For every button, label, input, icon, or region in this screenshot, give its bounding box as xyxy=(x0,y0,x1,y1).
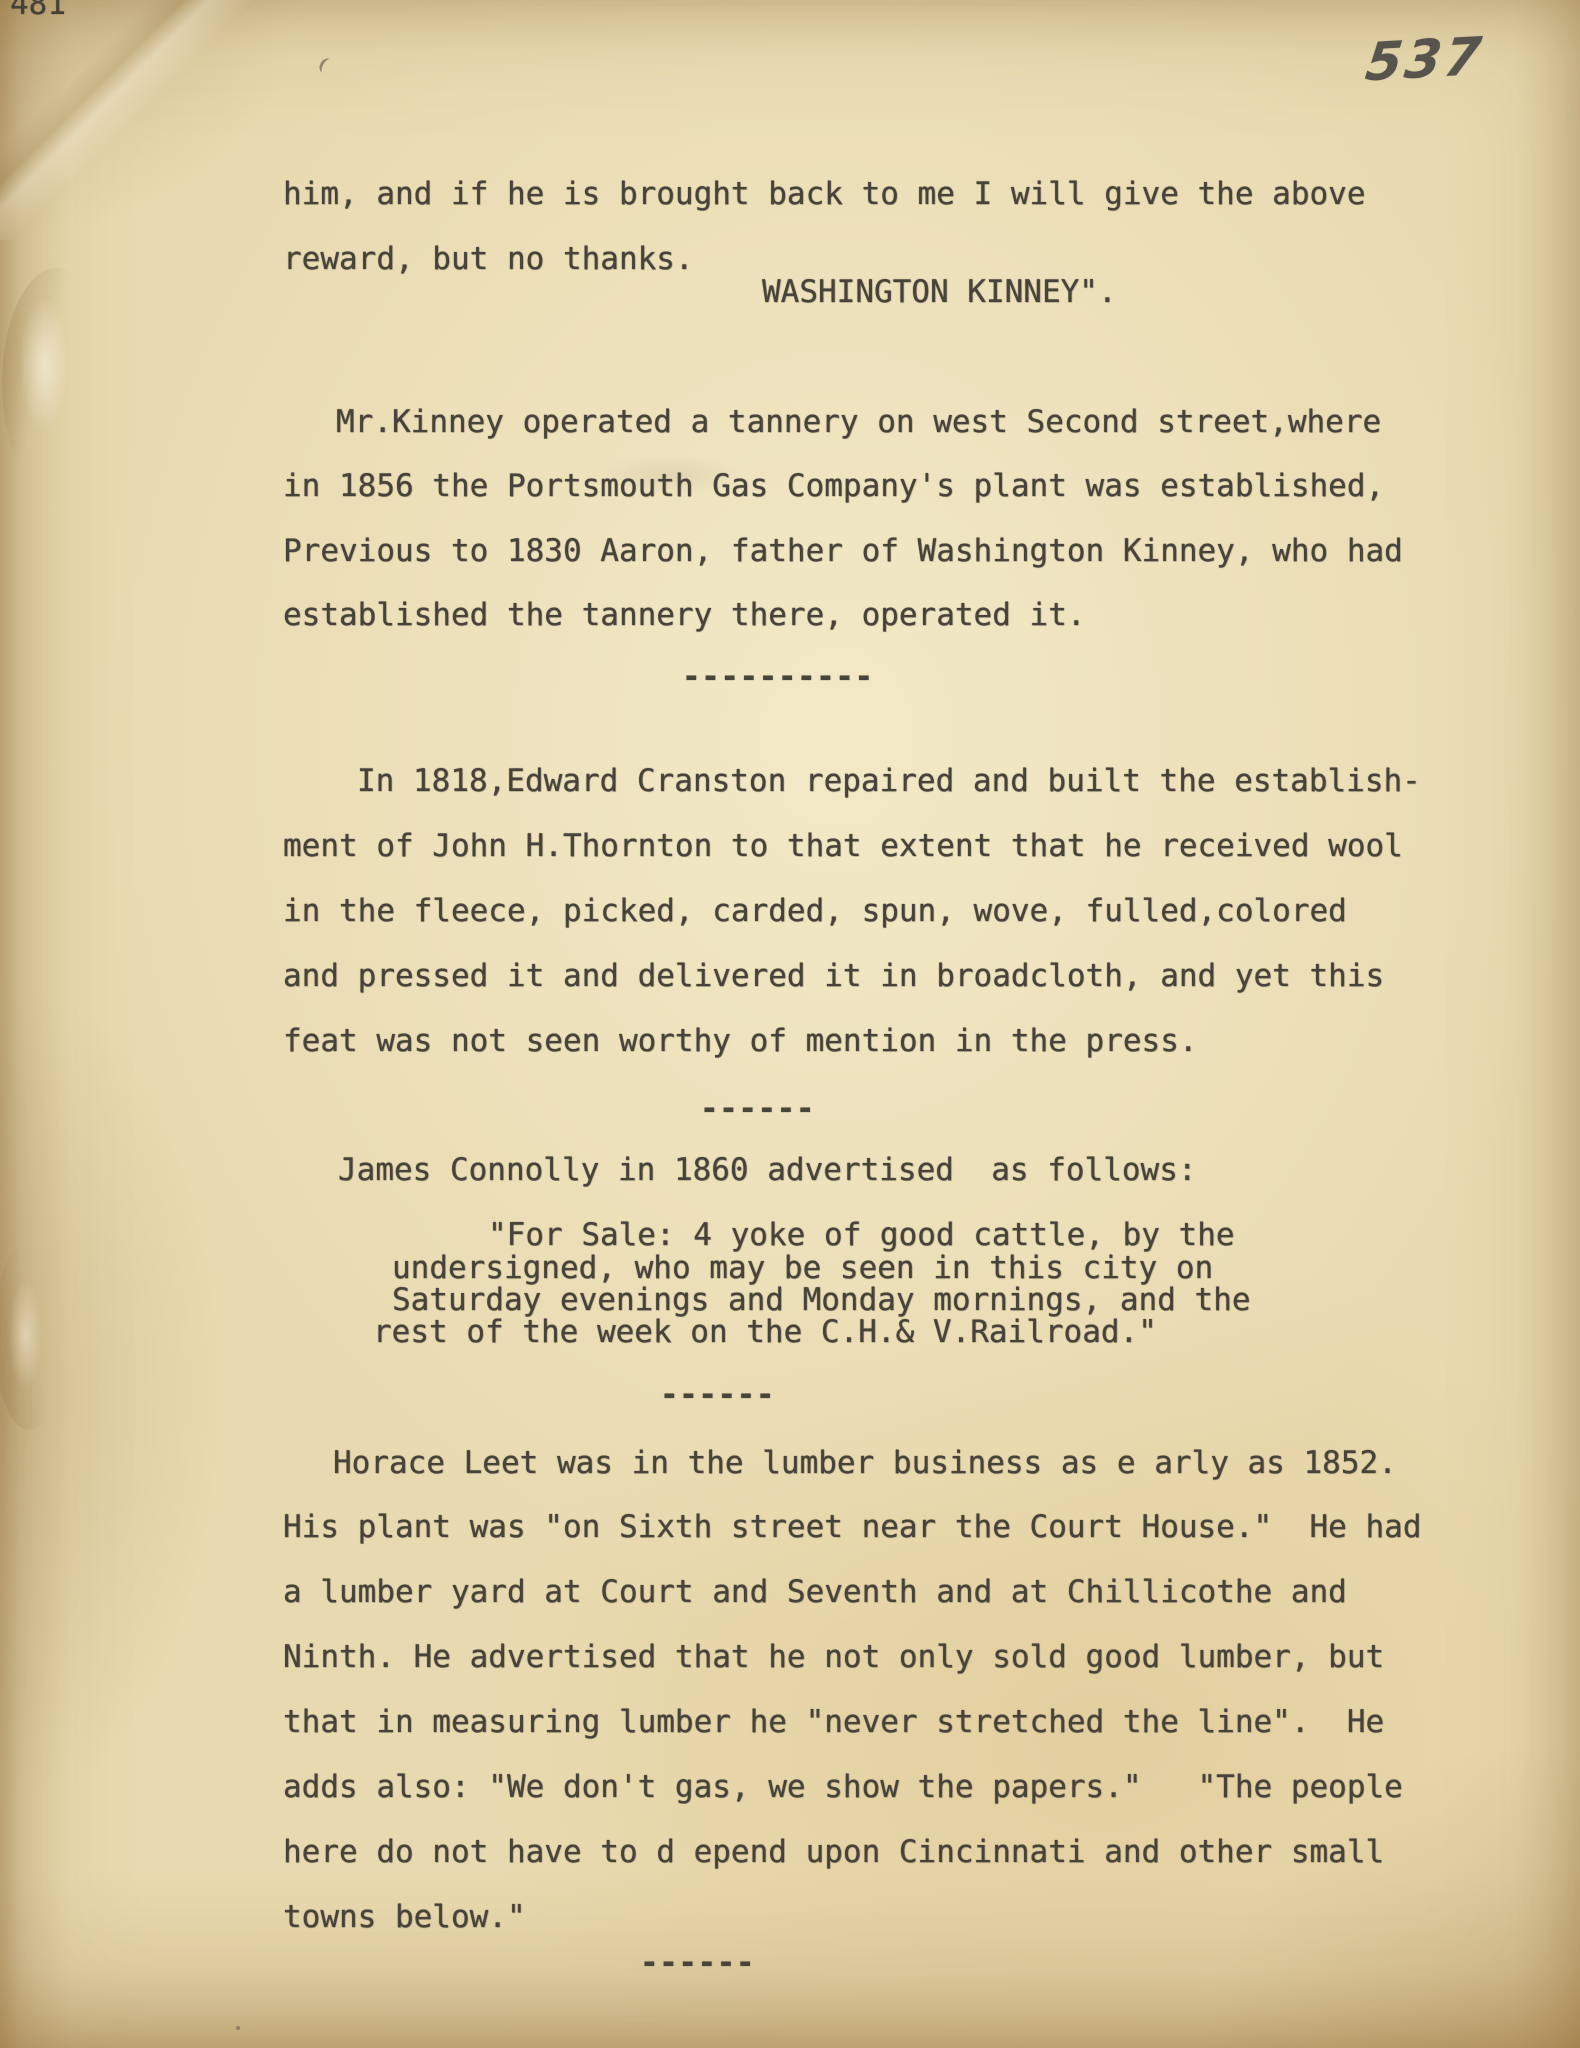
typed-line: towns below." xyxy=(283,1902,526,1933)
paper-wrinkle-left-lower xyxy=(0,1240,64,1430)
separator-line: ------ xyxy=(640,1948,755,1979)
quote-line: rest of the week on the C.H.& V.Railroad… xyxy=(373,1317,1157,1348)
typed-line: feat was not seen worthy of mention in t… xyxy=(283,1026,1198,1057)
separator-line: ---------- xyxy=(682,662,874,693)
typed-line: Mr.Kinney operated a tannery on west Sec… xyxy=(336,407,1381,438)
typed-line: in the fleece, picked, carded, spun, wov… xyxy=(283,896,1347,927)
handwritten-page-number: 537 xyxy=(1362,27,1487,94)
ink-speck xyxy=(317,56,336,76)
typed-line: James Connolly in 1860 advertised as fol… xyxy=(338,1155,1197,1186)
scanned-typewritten-page: 481 537 him, and if he is brought back t… xyxy=(0,0,1580,2048)
ink-dot xyxy=(236,2026,240,2030)
typed-line: him, and if he is brought back to me I w… xyxy=(283,179,1366,210)
typed-line: Horace Leet was in the lumber business a… xyxy=(333,1448,1397,1479)
typed-page-number: 481 xyxy=(10,0,66,22)
typed-line: that in measuring lumber he "never stret… xyxy=(283,1707,1384,1738)
quote-line: "For Sale: 4 yoke of good cattle, by the xyxy=(488,1220,1235,1251)
typed-line: adds also: "We don't gas, we show the pa… xyxy=(283,1772,1403,1803)
typed-line: ment of John H.Thornton to that extent t… xyxy=(283,831,1403,862)
typed-line: Ninth. He advertised that he not only so… xyxy=(283,1642,1384,1673)
paper-wrinkle-left xyxy=(2,268,112,498)
typed-line: established the tannery there, operated … xyxy=(283,600,1086,631)
typed-line: His plant was "on Sixth street near the … xyxy=(283,1512,1421,1543)
typed-line: Previous to 1830 Aaron, father of Washin… xyxy=(283,536,1403,567)
typed-line: a lumber yard at Court and Seventh and a… xyxy=(283,1577,1347,1608)
paper-crease-top-left xyxy=(0,0,280,240)
quote-line: Saturday evenings and Monday mornings, a… xyxy=(392,1285,1251,1316)
typed-line: here do not have to d epend upon Cincinn… xyxy=(283,1837,1384,1868)
typed-line: in 1856 the Portsmouth Gas Company's pla… xyxy=(283,471,1384,502)
separator-line: ------ xyxy=(660,1380,775,1411)
signature-line: WASHINGTON KINNEY". xyxy=(762,277,1117,308)
typed-line: In 1818,Edward Cranston repaired and bui… xyxy=(357,766,1421,797)
typed-line: reward, but no thanks. xyxy=(283,244,694,275)
typed-line: and pressed it and delivered it in broad… xyxy=(283,961,1384,992)
quote-line: undersigned, who may be seen in this cit… xyxy=(392,1253,1213,1284)
separator-line: ------ xyxy=(700,1094,815,1125)
